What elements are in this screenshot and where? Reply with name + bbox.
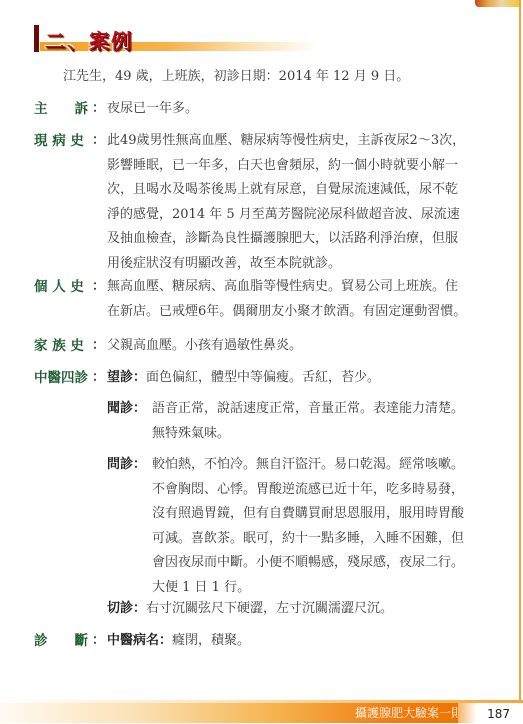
section-title: 二、案例 xyxy=(45,25,133,54)
page-number: 187 xyxy=(487,707,510,721)
personal-history-label: 個 人 史 xyxy=(34,276,84,298)
colon: ： xyxy=(92,367,105,389)
page-footer: 攝護腺肥大驗案一則 187 xyxy=(0,700,523,724)
diagnosis-label: 診 斷 xyxy=(34,630,88,652)
corner-decorative-image xyxy=(475,0,519,7)
text-line: 語音正常，說話速度正常，音量正常。表達能力清楚。 xyxy=(152,397,464,422)
text-line: 沒有照過胃鏡，但有自費購買耐思恩服用，服用時胃酸 xyxy=(152,502,464,527)
chief-complaint-label: 主 訴 xyxy=(34,98,88,120)
text-line: 次，且喝水及喝茶後馬上就有尿意，自覺尿流速減低，尿不乾 xyxy=(107,178,465,203)
text-line: 會因夜尿而中斷。小便不順暢感，殘尿感，夜尿二行。 xyxy=(152,551,464,576)
colon: ： xyxy=(92,335,105,357)
inspection-row: 望診：面色偏紅，體型中等偏瘦。舌紅，苔少。 xyxy=(107,367,380,389)
colon: ： xyxy=(92,630,105,652)
family-history-label: 家 族 史 xyxy=(34,335,84,357)
text-line: 及抽血檢查，診斷為良性攝護腺肥大，以活路利淨治療，但服 xyxy=(107,227,465,252)
text-line: 大便 1 日 1 行。 xyxy=(152,576,464,601)
colon: ： xyxy=(92,276,105,298)
section-header: 二、案例 xyxy=(34,25,314,52)
section-header-bar xyxy=(34,25,39,52)
listening-label: 聞診： xyxy=(107,398,146,420)
family-history-text: 父親高血壓。小孩有過敏性鼻炎。 xyxy=(107,335,302,357)
palpation-label: 切診： xyxy=(107,601,146,616)
palpation-text: 右寸沉關弦尺下硬澀，左寸沉關濡澀尺沉。 xyxy=(146,601,393,616)
diagnosis-text: 癃閉，積聚。 xyxy=(172,633,250,648)
text-line: 不會胸悶、心悸。胃酸逆流感已近十年，吃多時易發， xyxy=(152,478,464,503)
text-line: 可減。喜飲茶。眠可，約十一點多睡，入睡不困難，但 xyxy=(152,527,464,552)
listening-text: 語音正常，說話速度正常，音量正常。表達能力清楚。 無特殊氣味。 xyxy=(152,397,464,446)
diagnosis-row: 中醫病名：癃閉，積聚。 xyxy=(107,630,250,652)
text-line: 此49歲男性無高血壓、糖尿病等慢性病史，主訴夜尿2～3次， xyxy=(107,129,465,154)
colon: ： xyxy=(92,98,105,120)
personal-history-text: 無高血壓、糖尿病、高血脂等慢性病史。貿易公司上班族。住 在新店。已戒煙6年。偶爾… xyxy=(107,275,466,324)
text-line: 無高血壓、糖尿病、高血脂等慢性病史。貿易公司上班族。住 xyxy=(107,275,466,300)
four-diagnostics-label: 中醫四診 xyxy=(34,367,88,389)
text-line: 淨的感覺，2014 年 5 月至萬芳醫院泌尿科做超音波、尿流速 xyxy=(107,203,465,228)
text-line: 在新店。已戒煙6年。偶爾朋友小聚才飲酒。有固定運動習慣。 xyxy=(107,300,466,325)
patient-intro: 江先生，49 歲，上班族，初診日期：2014 年 12 月 9 日。 xyxy=(63,66,409,88)
inspection-text: 面色偏紅，體型中等偏瘦。舌紅，苔少。 xyxy=(146,370,380,385)
page-number-box: 187 xyxy=(458,703,520,723)
text-line: 較怕熱，不怕冷。無自汗盜汗。易口乾渴。經常咳嗽。 xyxy=(152,453,464,478)
present-illness-label: 現 病 史 xyxy=(34,130,84,152)
colon: ： xyxy=(92,130,105,152)
chief-complaint-text: 夜尿已一年多。 xyxy=(107,98,198,120)
palpation-row: 切診：右寸沉關弦尺下硬澀，左寸沉關濡澀尺沉。 xyxy=(107,598,393,620)
running-title: 攝護腺肥大驗案一則 xyxy=(355,704,463,721)
text-line: 用後症狀沒有明顯改善，故至本院就診。 xyxy=(107,252,465,277)
present-illness-text: 此49歲男性無高血壓、糖尿病等慢性病史，主訴夜尿2～3次， 影響睡眠，已一年多，… xyxy=(107,129,465,276)
text-line: 無特殊氣味。 xyxy=(152,422,464,447)
page-right-rule xyxy=(519,0,521,700)
inquiry-text: 較怕熱，不怕冷。無自汗盜汗。易口乾渴。經常咳嗽。 不會胸悶、心悸。胃酸逆流感已近… xyxy=(152,453,464,600)
inquiry-label: 問診： xyxy=(107,454,146,476)
text-line: 影響睡眠，已一年多，白天也會頻尿，約一個小時就要小解一 xyxy=(107,154,465,179)
inspection-label: 望診： xyxy=(107,370,146,385)
diagnosis-sublabel: 中醫病名： xyxy=(107,633,172,648)
